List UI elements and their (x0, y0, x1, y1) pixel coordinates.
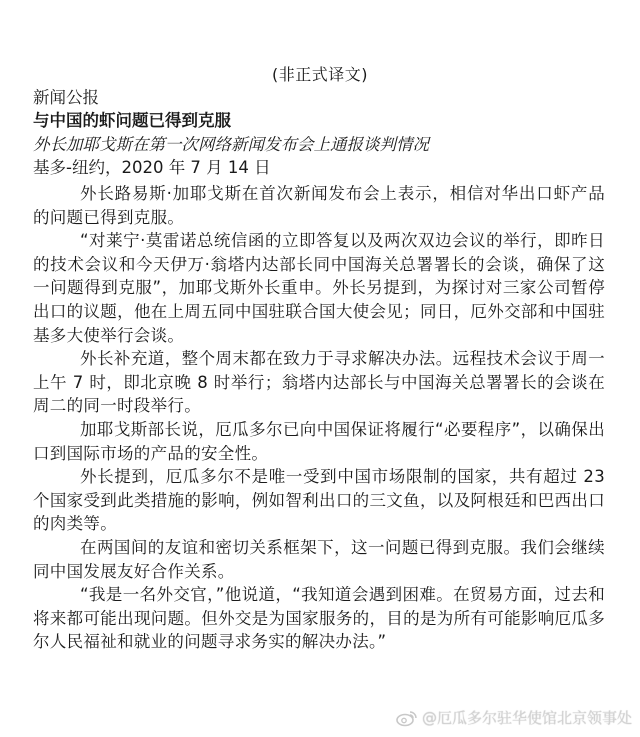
document-type: 新闻公报 (33, 84, 99, 108)
paragraph: 外长路易斯·加耶戈斯在首次新闻发布会上表示，相信对华出口虾产品的问题已得到克服。 (33, 182, 605, 229)
paragraph: 加耶戈斯部长说，厄瓜多尔已向中国保证将履行“必要程序”，以确保出口到国际市场的产… (33, 418, 605, 465)
watermark: @厄瓜多尔驻华使馆北京领事处 (396, 707, 632, 728)
paragraph: “对莱宁·莫雷诺总统信函的立即答复以及两次双边会议的举行，即昨日的技术会议和今天… (33, 229, 605, 347)
translation-note: (非正式译文) (0, 62, 640, 85)
paragraph: 外长提到，厄瓜多尔不是唯一受到中国市场限制的国家，共有超过 23 个国家受到此类… (33, 465, 605, 536)
paragraph: 在两国间的友谊和密切关系框架下，这一问题已得到克服。我们会继续同中国发展友好合作… (33, 536, 605, 583)
weibo-icon (396, 709, 418, 727)
document-body: 外长路易斯·加耶戈斯在首次新闻发布会上表示，相信对华出口虾产品的问题已得到克服。… (33, 182, 605, 654)
document-subtitle: 外长加耶戈斯在第一次网络新闻发布会上通报谈判情况 (33, 131, 429, 155)
document-title: 与中国的虾问题已得到克服 (33, 107, 231, 131)
paragraph: 外长补充道，整个周末都在致力于寻求解决办法。远程技术会议于周一上午 7 时，即北… (33, 347, 605, 418)
paragraph: “我是一名外交官，”他说道，“我知道会遇到困难。在贸易方面，过去和将来都可能出现… (33, 583, 605, 654)
watermark-text: @厄瓜多尔驻华使馆北京领事处 (422, 707, 632, 728)
dateline: 基多-纽约，2020 年 7 月 14 日 (33, 154, 271, 178)
